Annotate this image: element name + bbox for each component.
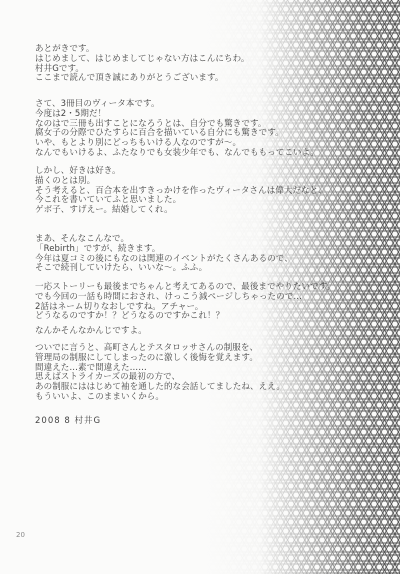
text-line: はじめまして、はじめましてじゃない方はこんにちわ。 [35, 55, 370, 65]
afterword-block: 一応ストーリーも最後までちゃんと考えてあるので、最後までやりたいです。でも今回の… [35, 283, 370, 322]
afterword-block: まあ、そんなこんなで。「Rebirth」ですが、続きます。今年は夏コミの後にもな… [35, 235, 370, 274]
afterword-block: ついでに言うと、高町さんとテスタロッサさんの制服を、管理局の制服にしてしまったの… [35, 344, 370, 403]
afterword-block: なんかそんなかんじですよ。 [35, 327, 370, 337]
text-line: ゲボ子、すげえー。結婚してくれ。 [35, 206, 370, 216]
afterword-block: あとがきです。はじめまして、はじめましてじゃない方はこんにちわ。村井Gです。ここ… [35, 45, 370, 84]
afterword-block: しかし、好きは好き。描くのとは別。そう考えると、百合本を出すきっかけを作ったヴィ… [35, 167, 370, 216]
afterword-block: さて、3冊目のヴィータ本です。今度は2・5期だ！なのはで三冊も出すことになろうと… [35, 100, 370, 159]
scanned-afterword-page: あとがきです。はじめまして、はじめましてじゃない方はこんにちわ。村井Gです。ここ… [0, 0, 400, 574]
text-line: なんかそんなかんじですよ。 [35, 327, 370, 337]
date-signature: 2008 8 村井G [35, 414, 101, 426]
text-line: ここまで読んで頂き誠にありがとうございます。 [35, 74, 370, 84]
text-line: もういいよ、このままいくから。 [35, 393, 370, 403]
text-line: そこで続刊していけたら、いいな～。ふふ。 [35, 264, 370, 274]
page-number: 20 [16, 531, 25, 539]
text-line: どうなるのですか！？どうなるのですかこれ！？ [35, 312, 370, 322]
text-line: なんでもいけるよ、ふたなりでも女装少年でも、なんでももってこいよ。 [35, 149, 370, 159]
